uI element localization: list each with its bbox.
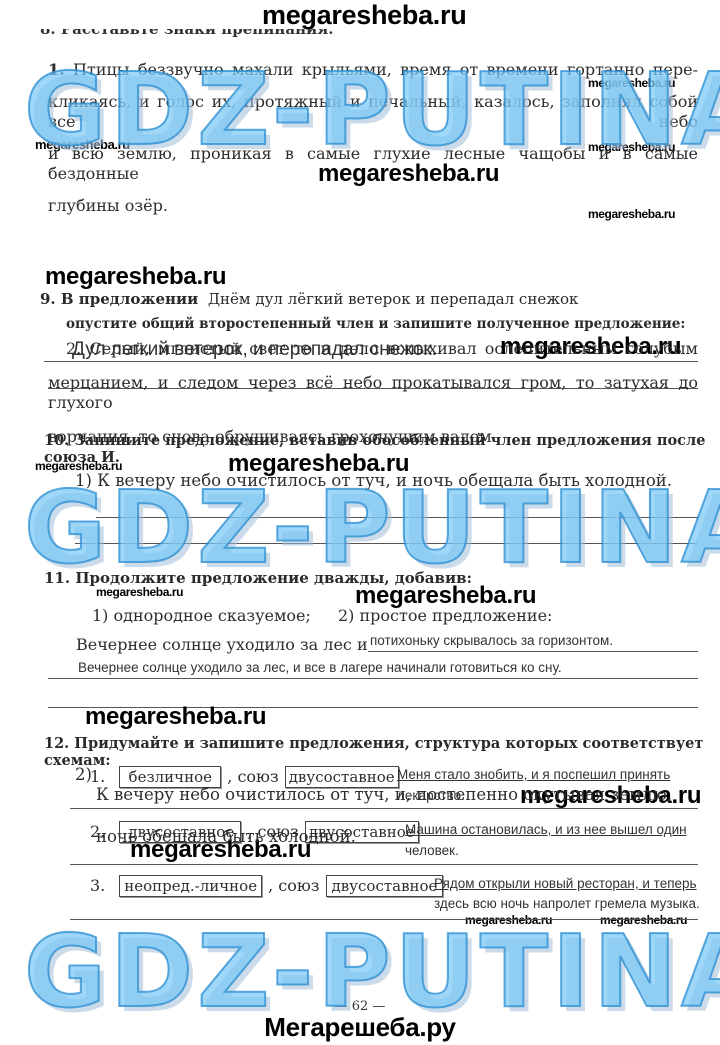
answer-line xyxy=(96,517,698,518)
task10-answer-line-1[interactable]: К вечеру небо очистилось от туч, и, пост… xyxy=(96,785,720,805)
text-line: мерцанием, и следом через всё небо прока… xyxy=(48,373,698,413)
row-number: 3. xyxy=(90,876,105,896)
task9-title: 9. В предложении Днём дул лёгкий ветерок… xyxy=(40,290,578,308)
task10-answer-line-2[interactable]: ночь обещала быть холодной. xyxy=(96,827,720,847)
text-line: и всю землю, проникая в самые глухие лес… xyxy=(48,144,698,184)
watermark: megaresheba.ru xyxy=(45,263,226,291)
watermark: megaresheba.ru xyxy=(600,913,687,927)
watermark: megaresheba.ru xyxy=(85,703,266,731)
text-line: ворчания, то снова обрушиваясь грохочущи… xyxy=(48,427,698,447)
task9-sentence: Днём дул лёгкий ветерок и перепадал снеж… xyxy=(208,290,579,308)
task8-item-1: 1. Птицы беззвучно махали крыльями, врем… xyxy=(48,60,698,216)
task12-title: 12. Придумайте и запишите предложения, с… xyxy=(44,735,720,769)
task12-answer-3-line-2[interactable]: здесь всю ночь напролет гремела музыка. xyxy=(434,896,700,911)
watermark-gdz-middle: GDZ-PUTINA.RU xyxy=(24,478,720,578)
watermark: megaresheba.ru xyxy=(465,913,552,927)
task11-option-1: 1) однородное сказуемое; xyxy=(92,606,311,626)
conjunction-label: , союз xyxy=(268,876,319,896)
watermark-bottom: Мегарешеба.ру xyxy=(0,1012,720,1043)
task10-item-1: 1) К вечеру небо очистилось от туч, и но… xyxy=(75,471,672,491)
text-line: Серый, мглистый свет то и дело вспыхивал… xyxy=(90,339,699,358)
task11-answer-1[interactable]: потихоньку скрывалось за горизонтом. xyxy=(370,633,613,648)
answer-line xyxy=(75,543,698,544)
answer-line xyxy=(70,808,698,809)
watermark-top: megaresheba.ru xyxy=(262,0,466,31)
watermark: megaresheba.ru xyxy=(96,585,183,599)
task8-item-2: 2. Серый, мглистый свет то и дело вспыхи… xyxy=(48,339,698,447)
scheme-box-clause-1: неопред.-личное xyxy=(119,875,262,897)
task11-answer-2[interactable]: Вечернее солнце уходило за лес, и все в … xyxy=(78,660,562,675)
task12-scheme-row-3: 3. неопред.-личное , союз двусоставное xyxy=(90,875,443,897)
task9-instruction: опустите общий второстепенный член и зап… xyxy=(66,316,685,332)
scheme-box-clause-2: двусоставное xyxy=(326,875,444,897)
answer-line xyxy=(70,864,698,865)
text-line: глубины озёр. xyxy=(48,196,698,216)
task11-option-2: 2) простое предложение: xyxy=(338,606,552,626)
answer-line xyxy=(70,919,698,920)
answer-line xyxy=(48,678,698,679)
task12-answer-3-line-1[interactable]: Рядом открыли новый ресторан, и теперь xyxy=(434,876,697,891)
task10-item-2-number: 2) xyxy=(75,765,720,785)
text-line: Птицы беззвучно махали крыльями, время о… xyxy=(73,60,698,79)
task9-label: 9. В предложении xyxy=(40,290,198,308)
answer-line xyxy=(368,651,698,652)
task11-prompt: Вечернее солнце уходило за лес и xyxy=(76,635,368,655)
text-line: кликаясь, и голос их, протяжный и печаль… xyxy=(48,92,698,132)
item-number: 2. xyxy=(66,339,81,358)
item-number: 1. xyxy=(48,60,65,79)
